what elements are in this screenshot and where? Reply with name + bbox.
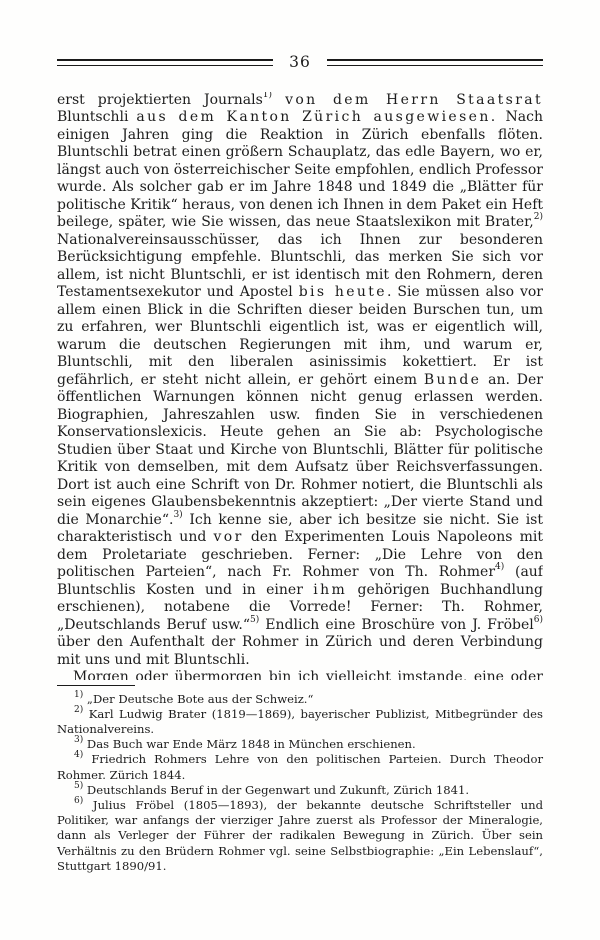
footnote: 1) „Der Deutsche Bote aus der Schweiz.“ — [57, 692, 543, 707]
header-rule-right — [327, 59, 543, 66]
footnote-marker: 5) — [250, 615, 259, 625]
footnote: 2) Karl Ludwig Brater (1819—1869), bayer… — [57, 707, 543, 737]
text-run: „Der Deutsche Bote aus der Schweiz.“ — [83, 692, 313, 706]
spaced-emphasis-text: Bunde — [424, 372, 481, 388]
footnote: 3) Das Buch war Ende März 1848 in Münche… — [57, 737, 543, 752]
footnote-marker: 3) — [173, 510, 182, 520]
footnotes-section: 1) „Der Deutsche Bote aus der Schweiz.“ … — [57, 685, 543, 874]
footnote-marker: 4) — [495, 562, 504, 572]
book-page: 36 erst projektierten Journals1) von dem… — [0, 0, 600, 940]
spaced-emphasis-text: aus dem Kanton Zürich ausgewiesen. — [136, 109, 497, 125]
text-run — [272, 92, 285, 108]
footnote: 6) Julius Fröbel (1805—1893), der bekann… — [57, 798, 543, 874]
spaced-emphasis-text: von dem Herrn Staatsrat — [285, 92, 543, 108]
footnote-marker: 2) — [534, 212, 543, 222]
paragraph: Morgen oder übermorgen bin ich vielleich… — [57, 669, 543, 680]
footnote-marker: 6) — [534, 615, 543, 625]
text-run: Das Buch war Ende März 1848 in München e… — [83, 737, 415, 751]
text-run: Friedrich Rohmers Lehre von den politisc… — [57, 752, 543, 781]
page-header: 36 — [57, 55, 543, 71]
footnote-marker: 6) — [74, 796, 83, 806]
footnote-marker: 1) — [74, 690, 83, 700]
footnote: 5) Deutschlands Beruf in der Gegenwart u… — [57, 783, 543, 798]
footnote-marker: 2) — [74, 705, 83, 715]
text-run: über den Aufenthalt der Rohmer in Zürich… — [57, 634, 543, 668]
text-run: Bluntschli — [57, 109, 136, 125]
spaced-emphasis-text: vor — [213, 529, 243, 545]
text-run: Deutschlands Beruf in der Gegenwart und … — [83, 783, 469, 797]
footnote-marker: 5) — [74, 781, 83, 791]
footnote-marker: 3) — [74, 735, 83, 745]
text-run: Karl Ludwig Brater (1819—1869), bayerisc… — [57, 707, 543, 736]
text-run: Julius Fröbel (1805—1893), der bekannte … — [57, 798, 543, 873]
page-number: 36 — [286, 55, 314, 71]
header-rule-left — [57, 59, 273, 66]
page-body: erst projektierten Journals1) von dem He… — [57, 92, 543, 680]
footnote-marker: 1) — [263, 92, 272, 100]
footnote-separator-rule — [57, 685, 135, 686]
text-run: Morgen oder übermorgen bin ich vielleich… — [57, 669, 543, 680]
text-run: an. Der öffentlichen Warnungen können ni… — [57, 372, 543, 528]
footnote: 4) Friedrich Rohmers Lehre von den polit… — [57, 752, 543, 782]
footnote-marker: 4) — [74, 750, 83, 760]
text-run: Endlich eine Broschüre von J. Fröbel — [259, 617, 533, 633]
spaced-emphasis-text: bis heute — [299, 284, 387, 300]
paragraph-continued: erst projektierten Journals1) von dem He… — [57, 92, 543, 670]
text-run: Nach einigen Jahren ging die Reaktion in… — [57, 109, 543, 230]
spaced-emphasis-text: ihm — [313, 582, 347, 598]
text-run: erst projektierten Journals — [57, 92, 263, 108]
